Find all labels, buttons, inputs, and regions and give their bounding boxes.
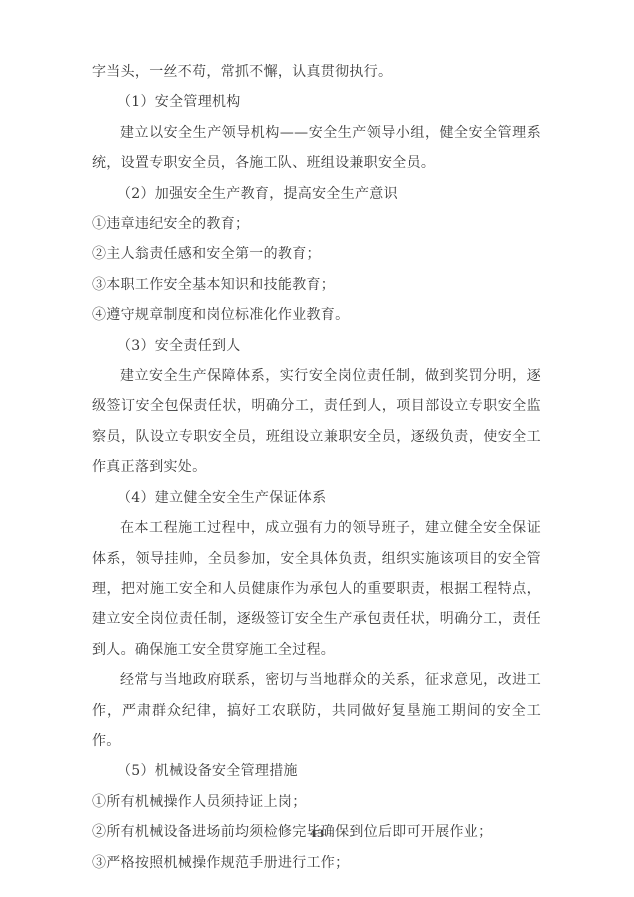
page-number: 43 <box>0 829 634 840</box>
list-item: ③严格按照机械操作规范手册进行工作； <box>92 848 541 878</box>
list-item: ①所有机械操作人员须持证上岗； <box>92 787 541 817</box>
section-heading: （5）机械设备安全管理措施 <box>92 756 541 786</box>
paragraph: 建立安全生产保障体系，实行安全岗位责任制，做到奖罚分明，逐级签订安全包保责任状，… <box>92 361 541 483</box>
paragraph: 在本工程施工过程中，成立强有力的领导班子，建立健全安全保证体系，领导挂帅，全员参… <box>92 513 541 665</box>
paragraph: 建立以安全生产领导机构——安全生产领导小组，健全安全管理系统，设置专职安全员，各… <box>92 118 541 179</box>
paragraph-continuation: 字当头，一丝不苟，常抓不懈，认真贯彻执行。 <box>92 57 541 87</box>
list-item: ④遵守规章制度和岗位标准化作业教育。 <box>92 300 541 330</box>
list-item: ②主人翁责任感和安全第一的教育； <box>92 239 541 269</box>
section-heading: （4）建立健全安全生产保证体系 <box>92 483 541 513</box>
list-item: ①违章违纪安全的教育； <box>92 209 541 239</box>
document-page: 字当头，一丝不苟，常抓不懈，认真贯彻执行。（1）安全管理机构建立以安全生产领导机… <box>0 0 634 897</box>
list-item: ③本职工作安全基本知识和技能教育； <box>92 270 541 300</box>
section-heading: （3）安全责任到人 <box>92 331 541 361</box>
section-heading: （2）加强安全生产教育，提高安全生产意识 <box>92 179 541 209</box>
document-content: 字当头，一丝不苟，常抓不懈，认真贯彻执行。（1）安全管理机构建立以安全生产领导机… <box>92 57 541 878</box>
section-heading: （1）安全管理机构 <box>92 87 541 117</box>
paragraph: 经常与当地政府联系，密切与当地群众的关系，征求意见，改进工作，严肃群众纪律，搞好… <box>92 665 541 756</box>
